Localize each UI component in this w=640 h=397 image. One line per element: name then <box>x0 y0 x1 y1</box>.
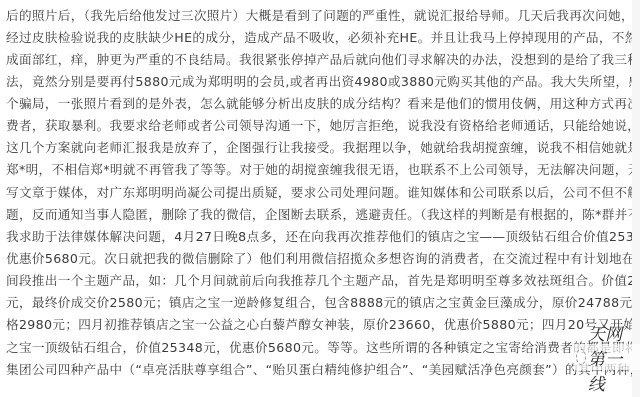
watermark: 天网第一线 <box>574 344 640 370</box>
text-line: 法，竟然分别是要再付5880元成为郑明明的会员,或者再出资4980或3880元购… <box>6 71 640 93</box>
text-line: 经过皮肤检验说我的皮肤缺少HE的成分，造成产品不吸收，必须补充HE。并且让我马上… <box>6 27 640 49</box>
text-line: 集团公司四种产品中（“卓亮活肤尊享组合”、“贻贝蛋白精纯修护组合”、“美园赋活净… <box>6 359 640 381</box>
watermark-text: 天网第一线 <box>588 320 636 395</box>
text-line: 之宝一顶级钻石组合，价值25348元，优惠价5680元。等等。这些所谓的各种镇定… <box>6 337 640 359</box>
article-text-page: 后的照片后，（我先后给他发过三次照片）大概是看到了问题的严重性，就说汇报给导师。… <box>0 0 632 397</box>
text-line: 我求助于法律媒体解决问题，4月27日晚8点多，还在向我再次推荐他们的镇店之宝——… <box>6 226 640 248</box>
text-line: 费者，获取暴利。我要求给老师或者公司领导沟通一下，她厉言拒绝，说我没有资格给老师… <box>6 115 640 137</box>
text-line: 这几个方案就向老师汇报我是放弃了，企图强行让我接受。我据理以争，她就给我胡搅蛮缠… <box>6 137 640 159</box>
text-line: 成面部红，痒，肿更为严重的不良结局。我很紧张停掉产品后就向他们寻求解决的办法，没… <box>6 49 640 71</box>
text-line: 后的照片后，（我先后给他发过三次照片）大概是看到了问题的严重性，就说汇报给导师。… <box>6 5 640 27</box>
text-line: 题，反而通知当事人隐匿，删除了我的微信，企图断去联系，逃避责任。（我这样的判断是… <box>6 204 640 226</box>
text-line: 优惠价5680元。次日就把我的微信删除了）他们利用微信招揽众多想咨询的消费者，在… <box>6 248 640 270</box>
text-line: 写文章于媒体，对广东郑明明尚凝公司提出质疑，要求公司处理问题。谁知媒体和公司联系… <box>6 182 640 204</box>
circle-logo-icon <box>576 349 586 365</box>
text-line: 间段推出一个主题产品，如：几个月间就前后向我推荐几个主题产品，首先是郑明明至尊多… <box>6 270 640 292</box>
text-line: 郑*明，不相信郑*明就不再管我了等等。对于她的胡搅蛮缠我很无语，也联系不上公司领… <box>6 159 640 181</box>
text-line: 个骗局，一张照片看到的是外表，怎么就能够分析出皮肤的成分结构？看来是他们的惯用伎… <box>6 93 640 115</box>
text-line: 格2980元；四月初推荐镇店之宝一公益之心白藜芦醇女神装，原价23660，优惠价… <box>6 314 640 336</box>
text-line: 元，最终价成交价2580元；镇店之宝一逆龄修复组合，包含8888元的镇店之宝黄金… <box>6 292 640 314</box>
